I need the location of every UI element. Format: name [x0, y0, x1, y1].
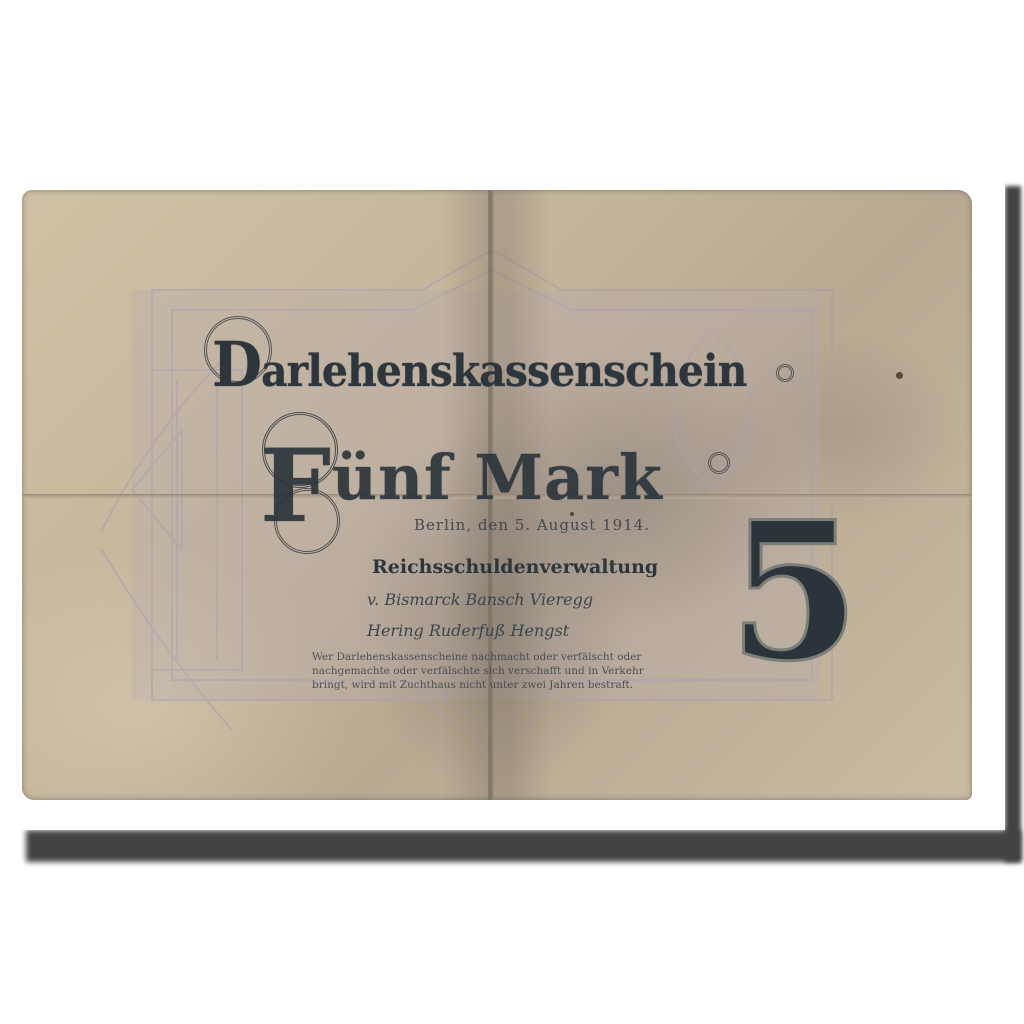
signature-line: Hering Ruderfuß Hengst — [367, 621, 707, 640]
ornament-rosette — [776, 364, 794, 382]
signatures: v. Bismarck Bansch Vieregg Hering Ruderf… — [367, 590, 707, 650]
legal-line: Wer Darlehenskassenscheine nachmacht ode… — [312, 650, 712, 664]
stain-spot — [570, 512, 574, 516]
issuing-authority: Reichsschuldenverwaltung — [372, 556, 658, 578]
stain-spot — [896, 372, 903, 379]
drop-shadow-bottom — [26, 830, 1021, 862]
ornament-rosette — [708, 452, 730, 474]
legal-warning-text: Wer Darlehenskassenscheine nachmacht ode… — [312, 650, 712, 692]
title-rest: arlehenskassenschein — [261, 346, 746, 397]
title-initial: D — [212, 328, 261, 401]
banknote-title: Darlehenskassenschein — [212, 328, 746, 401]
denomination-rest: ünf Mark — [332, 441, 663, 514]
denomination-initial: F — [260, 427, 332, 545]
place-date: Berlin, den 5. August 1914. — [414, 516, 650, 534]
banknote: Darlehenskassenschein Fünf Mark Berlin, … — [22, 190, 972, 800]
signature-line: v. Bismarck Bansch Vieregg — [367, 590, 707, 609]
legal-line: bringt, wird mit Zuchthaus nicht unter z… — [312, 678, 712, 692]
denomination-text: Fünf Mark — [260, 405, 663, 523]
drop-shadow-right — [1005, 186, 1021, 862]
denomination-numeral: 5 — [728, 502, 860, 682]
legal-line: nachgemachte oder verfälschte sich versc… — [312, 664, 712, 678]
